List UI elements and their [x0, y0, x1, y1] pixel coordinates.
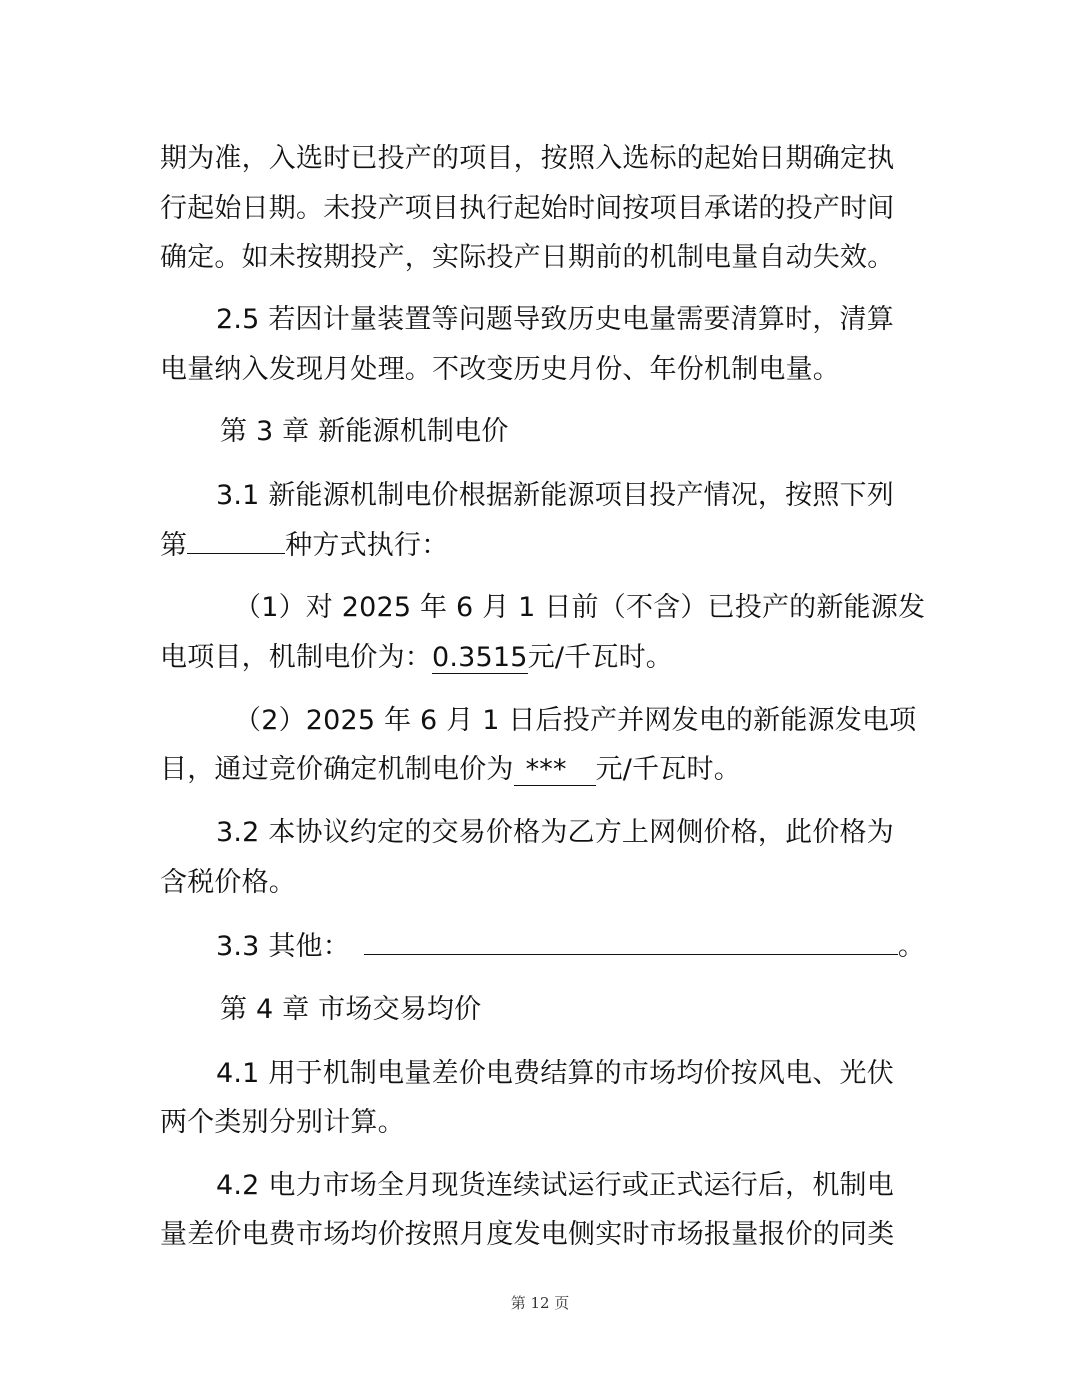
- paragraph-line: 含税价格。: [160, 865, 296, 901]
- clause-3-2: 3.2 本协议约定的交易价格为乙方上网侧价格，此价格为: [216, 815, 894, 851]
- suffix-text: 种方式执行：: [285, 530, 448, 561]
- item-2-continued: 目，通过竞价确定机制电价为***元/千瓦时。: [160, 752, 741, 788]
- prefix-text: 第: [160, 530, 187, 561]
- clause-4-1: 4.1 用于机制电量差价电费结算的市场均价按风电、光伏: [216, 1056, 894, 1092]
- label-text: 电项目，机制电价为：: [160, 642, 432, 673]
- clause-2-5: 2.5 若因计量装置等问题导致历史电量需要清算时，清算: [216, 302, 894, 338]
- paragraph-line: 期为准，入选时已投产的项目，按照入选标的起始日期确定执: [160, 141, 894, 177]
- paragraph-line: 量差价电费市场均价按照月度发电侧实时市场报量报价的同类: [160, 1217, 894, 1253]
- paragraph-line: 两个类别分别计算。: [160, 1105, 405, 1141]
- clause-3-3: 3.3 其他：。: [216, 928, 925, 965]
- method-choice-blank[interactable]: [187, 527, 285, 554]
- label-text: 3.3 其他：: [216, 931, 350, 962]
- clause-3-1: 3.1 新能源机制电价根据新能源项目投产情况，按照下列: [216, 478, 894, 514]
- label-text: 目，通过竞价确定机制电价为: [160, 754, 514, 785]
- unit-text: 元/千瓦时。: [596, 754, 741, 785]
- unit-text: 元/千瓦时。: [528, 642, 673, 673]
- item-2: （2）2025 年 6 月 1 日后投产并网发电的新能源发电项: [234, 703, 916, 739]
- chapter-4-heading: 第 4 章 市场交易均价: [220, 992, 481, 1028]
- new-price-blank[interactable]: ***: [514, 755, 596, 786]
- clause-3-1-continued: 第种方式执行：: [160, 527, 448, 564]
- chapter-3-heading: 第 3 章 新能源机制电价: [220, 414, 509, 450]
- paragraph-line: 行起始日期。未投产项目执行起始时间按项目承诺的投产时间: [160, 191, 894, 227]
- clause-4-2: 4.2 电力市场全月现货连续试运行或正式运行后，机制电: [216, 1168, 894, 1204]
- document-page: 期为准，入选时已投产的项目，按照入选标的起始日期确定执 行起始日期。未投产项目执…: [0, 0, 1080, 1397]
- item-1: （1）对 2025 年 6 月 1 日前（不含）已投产的新能源发: [234, 590, 925, 626]
- item-1-continued: 电项目，机制电价为：0.3515元/千瓦时。: [160, 640, 673, 676]
- period-text: 。: [898, 931, 925, 962]
- paragraph-line: 确定。如未按期投产，实际投产日期前的机制电量自动失效。: [160, 240, 894, 276]
- page-number: 第 12 页: [0, 1292, 1080, 1313]
- paragraph-line: 电量纳入发现月处理。不改变历史月份、年份机制电量。: [160, 352, 840, 388]
- other-terms-blank[interactable]: [364, 928, 898, 955]
- existing-price-value: 0.3515: [432, 643, 528, 674]
